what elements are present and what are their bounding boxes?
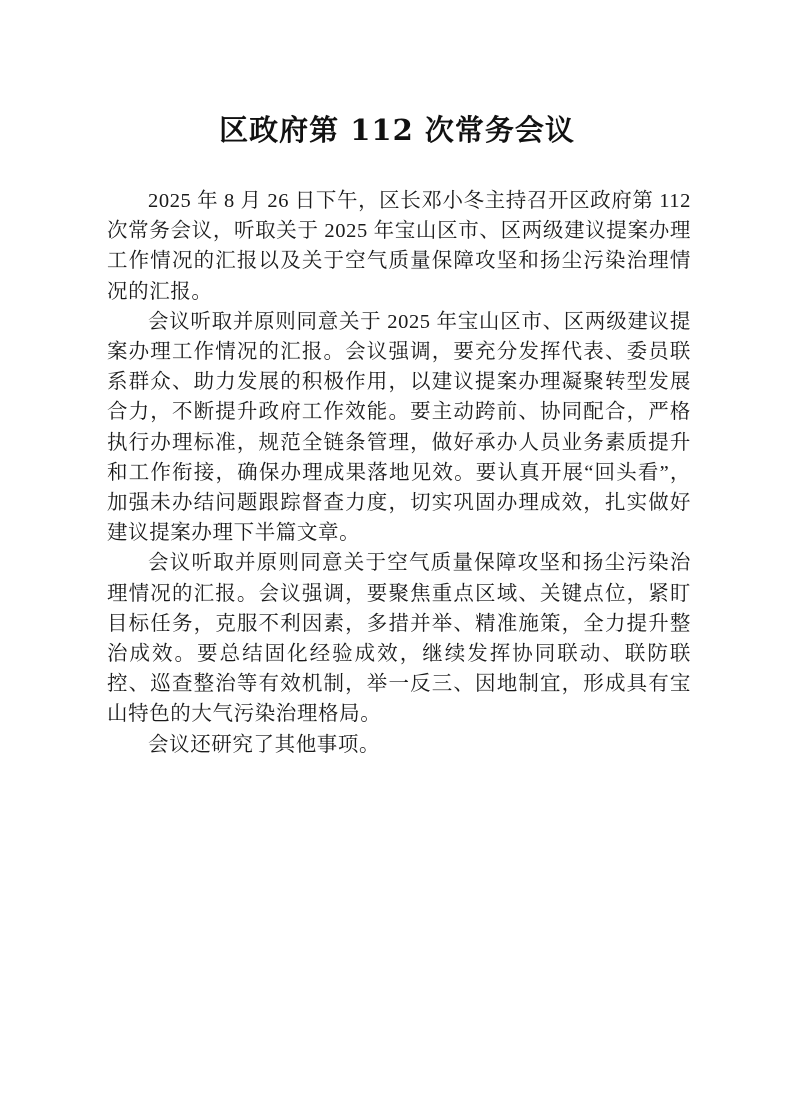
paragraph-other-matters: 会议还研究了其他事项。 <box>107 730 691 760</box>
paragraph-meeting-summary: 2025 年 8 月 26 日下午，区长邓小冬主持召开区政府第 112 次常务会… <box>107 186 691 307</box>
document-body: 2025 年 8 月 26 日下午，区长邓小冬主持召开区政府第 112 次常务会… <box>107 186 691 760</box>
paragraph-air-quality: 会议听取并原则同意关于空气质量保障攻坚和扬尘污染治理情况的汇报。会议强调，要聚焦… <box>107 548 691 729</box>
paragraph-proposal-handling: 会议听取并原则同意关于 2025 年宝山区市、区两级建议提案办理工作情况的汇报。… <box>107 307 691 549</box>
document-page: 区政府第 112 次常务会议 2025 年 8 月 26 日下午，区长邓小冬主持… <box>0 0 794 1093</box>
document-title: 区政府第 112 次常务会议 <box>0 108 794 149</box>
